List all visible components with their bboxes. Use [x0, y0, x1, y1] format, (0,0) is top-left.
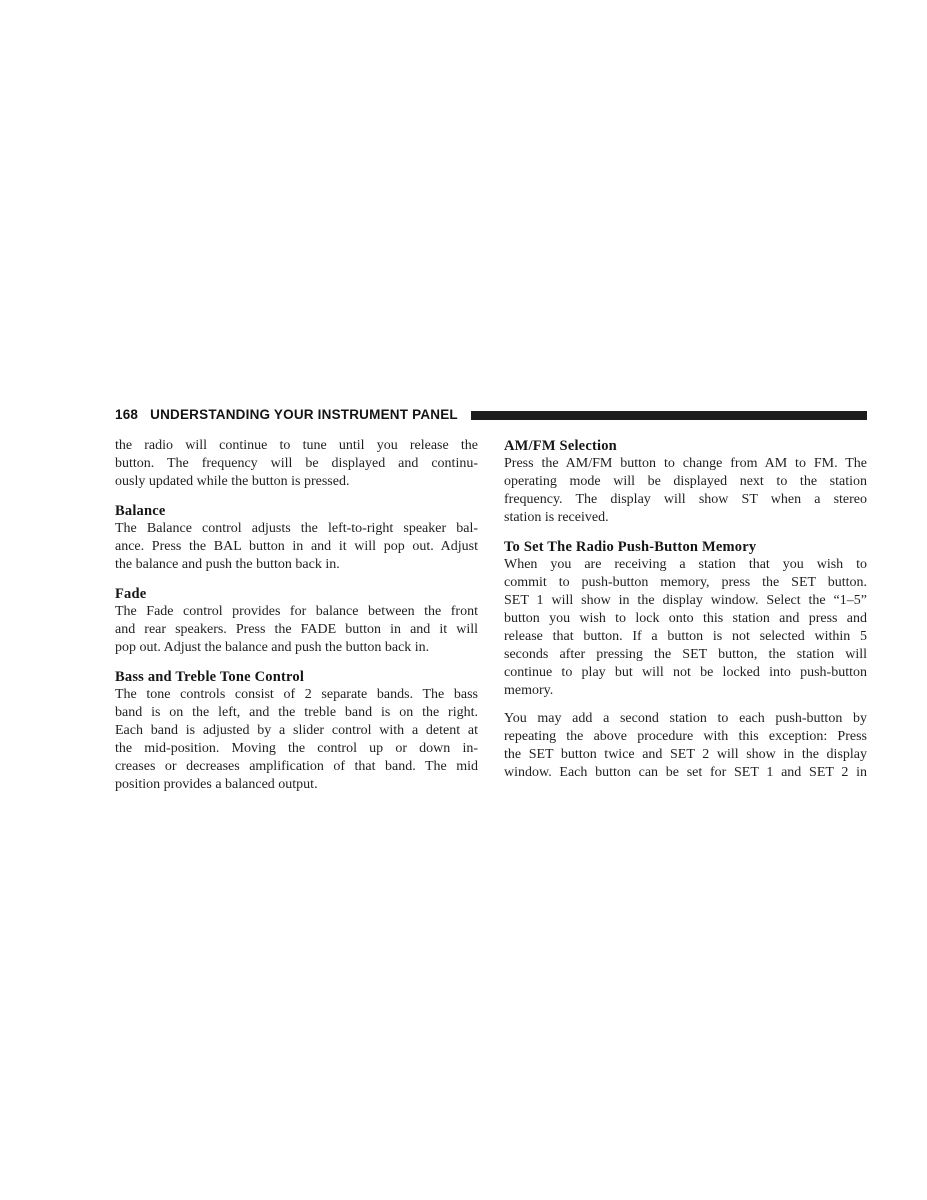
text-line: and rear speakers. Press the FADE button… [115, 621, 478, 639]
paragraph: The Fade control provides for balance be… [115, 603, 478, 657]
text-line: When you are receiving a station that yo… [504, 556, 867, 574]
section: Bass and Treble Tone ControlThe tone con… [115, 668, 478, 794]
right-column: AM/FM SelectionPress the AM/FM button to… [504, 437, 867, 794]
text-line: seconds after pressing the SET button, t… [504, 646, 867, 664]
paragraph: When you are receiving a station that yo… [504, 556, 867, 700]
text-line: button. The frequency will be displayed … [115, 455, 478, 473]
text-line: SET 1 will show in the display window. S… [504, 592, 867, 610]
page-content: 168 UNDERSTANDING YOUR INSTRUMENT PANEL … [115, 407, 867, 794]
text-columns: the radio will continue to tune until yo… [115, 437, 867, 794]
text-line: the balance and push the button back in. [115, 556, 478, 574]
text-line: operating mode will be displayed next to… [504, 473, 867, 491]
section-heading: Bass and Treble Tone Control [115, 668, 478, 686]
text-line: Press the AM/FM button to change from AM… [504, 455, 867, 473]
text-line: frequency. The display will show ST when… [504, 491, 867, 509]
text-line: the radio will continue to tune until yo… [115, 437, 478, 455]
text-line: the mid-position. Moving the control up … [115, 740, 478, 758]
text-line: pop out. Adjust the balance and push the… [115, 639, 478, 657]
section: AM/FM SelectionPress the AM/FM button to… [504, 437, 867, 527]
paragraph: The Balance control adjusts the left-to-… [115, 520, 478, 574]
section: FadeThe Fade control provides for balanc… [115, 585, 478, 657]
text-line: Each band is adjusted by a slider contro… [115, 722, 478, 740]
text-line: window. Each button can be set for SET 1… [504, 764, 867, 782]
section: the radio will continue to tune until yo… [115, 437, 478, 491]
manual-page: 168 UNDERSTANDING YOUR INSTRUMENT PANEL … [0, 0, 927, 1200]
page-number: 168 [115, 407, 138, 422]
text-line: memory. [504, 682, 867, 700]
text-line: creases or decreases amplification of th… [115, 758, 478, 776]
text-line: ously updated while the button is presse… [115, 473, 478, 491]
paragraph: The tone controls consist of 2 separate … [115, 686, 478, 794]
text-line: station is received. [504, 509, 867, 527]
text-line: You may add a second station to each pus… [504, 710, 867, 728]
paragraph: Press the AM/FM button to change from AM… [504, 455, 867, 527]
section-heading: Fade [115, 585, 478, 603]
text-line: The tone controls consist of 2 separate … [115, 686, 478, 704]
paragraph: You may add a second station to each pus… [504, 710, 867, 782]
section-heading: Balance [115, 502, 478, 520]
header-rule [471, 411, 867, 420]
text-line: the SET button twice and SET 2 will show… [504, 746, 867, 764]
page-header: 168 UNDERSTANDING YOUR INSTRUMENT PANEL [115, 407, 867, 422]
text-line: ance. Press the BAL button in and it wil… [115, 538, 478, 556]
text-line: release that button. If a button is not … [504, 628, 867, 646]
text-line: commit to push-button memory, press the … [504, 574, 867, 592]
text-line: The Fade control provides for balance be… [115, 603, 478, 621]
header-title: UNDERSTANDING YOUR INSTRUMENT PANEL [150, 407, 458, 422]
section-heading: AM/FM Selection [504, 437, 867, 455]
text-line: repeating the above procedure with this … [504, 728, 867, 746]
section: BalanceThe Balance control adjusts the l… [115, 502, 478, 574]
text-line: position provides a balanced output. [115, 776, 478, 794]
text-line: The Balance control adjusts the left-to-… [115, 520, 478, 538]
section-heading: To Set The Radio Push-Button Memory [504, 538, 867, 556]
text-line: button you wish to lock onto this statio… [504, 610, 867, 628]
text-line: band is on the left, and the treble band… [115, 704, 478, 722]
paragraph: the radio will continue to tune until yo… [115, 437, 478, 491]
section: To Set The Radio Push-Button MemoryWhen … [504, 538, 867, 782]
left-column: the radio will continue to tune until yo… [115, 437, 478, 794]
text-line: continue to play but will not be locked … [504, 664, 867, 682]
